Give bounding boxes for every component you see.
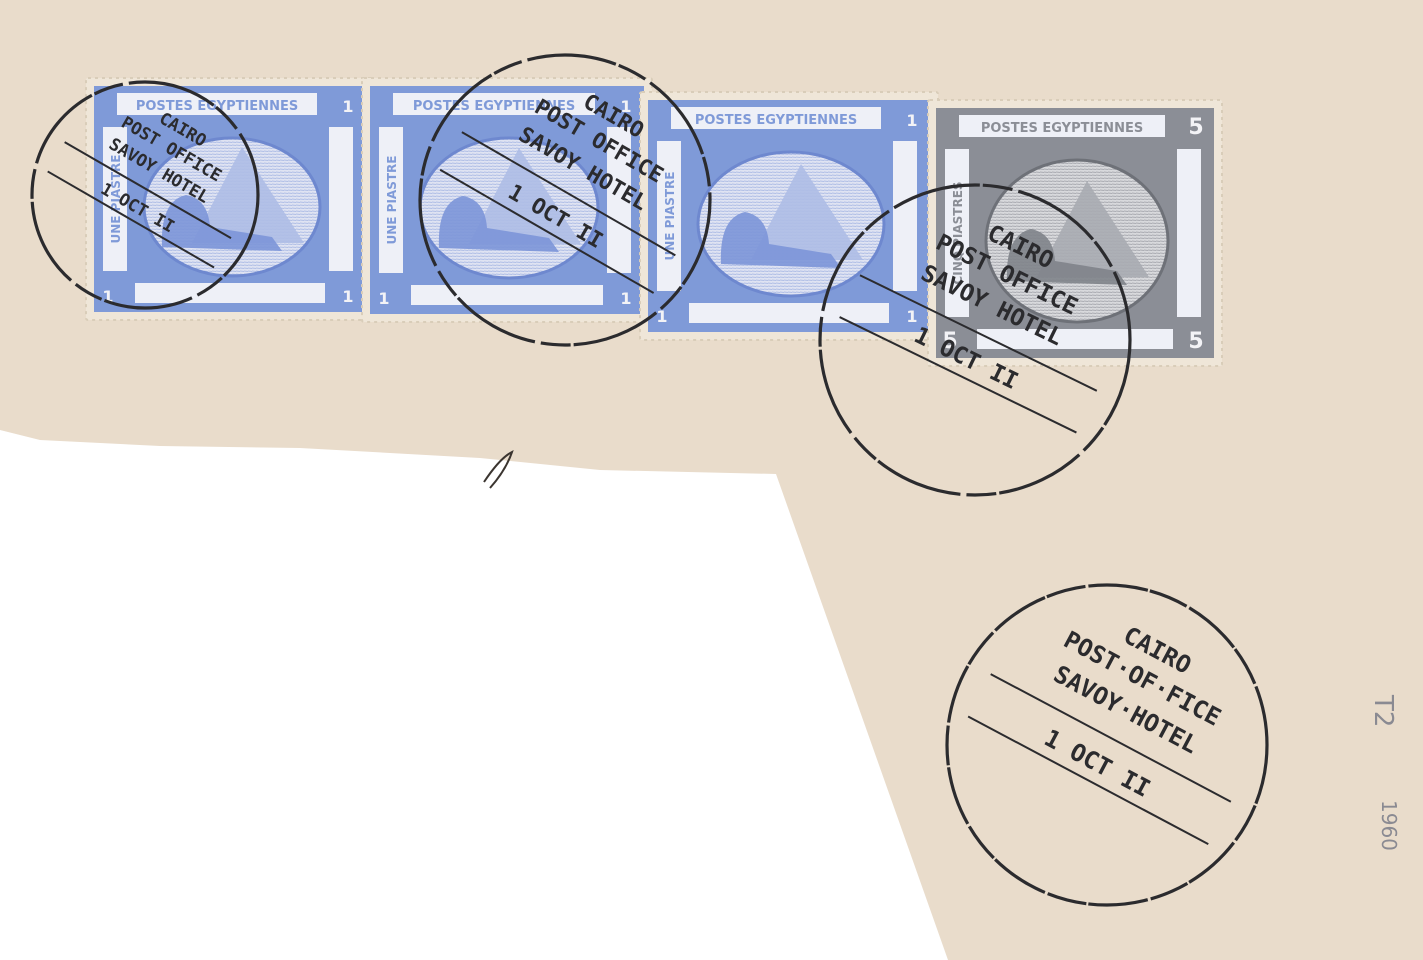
pencil-note-catalog: T2 <box>1368 694 1398 727</box>
stamp-corner-value: 5 <box>1188 115 1203 140</box>
stamp-corner-value: 1 <box>378 289 389 308</box>
stamp-denomination: UNE PIASTRE <box>663 172 677 261</box>
stamp-corner-value: 1 <box>906 111 917 130</box>
stamp-corner-value: 5 <box>1188 329 1203 354</box>
pencil-note-year: 1960 <box>1377 800 1401 851</box>
stamp: POSTES EGYPTIENNESUNE PIASTRE111 <box>640 92 938 340</box>
stamp-header: POSTES EGYPTIENNES <box>695 113 857 128</box>
stamp-corner-value: 1 <box>620 289 631 308</box>
stamp-corner-value: 1 <box>906 307 917 326</box>
stamp-corner-value: 1 <box>342 287 353 306</box>
stamp-header: POSTES EGYPTIENNES <box>981 121 1143 136</box>
stamp: POSTES EGYPTIENNESCINQ PIASTRES555 <box>928 100 1222 366</box>
stamp-corner-value: 1 <box>342 97 353 116</box>
stamp-denomination: UNE PIASTRE <box>385 156 399 245</box>
stamp-scene: POSTES EGYPTIENNESUNE PIASTRE111POSTES E… <box>0 0 1423 960</box>
